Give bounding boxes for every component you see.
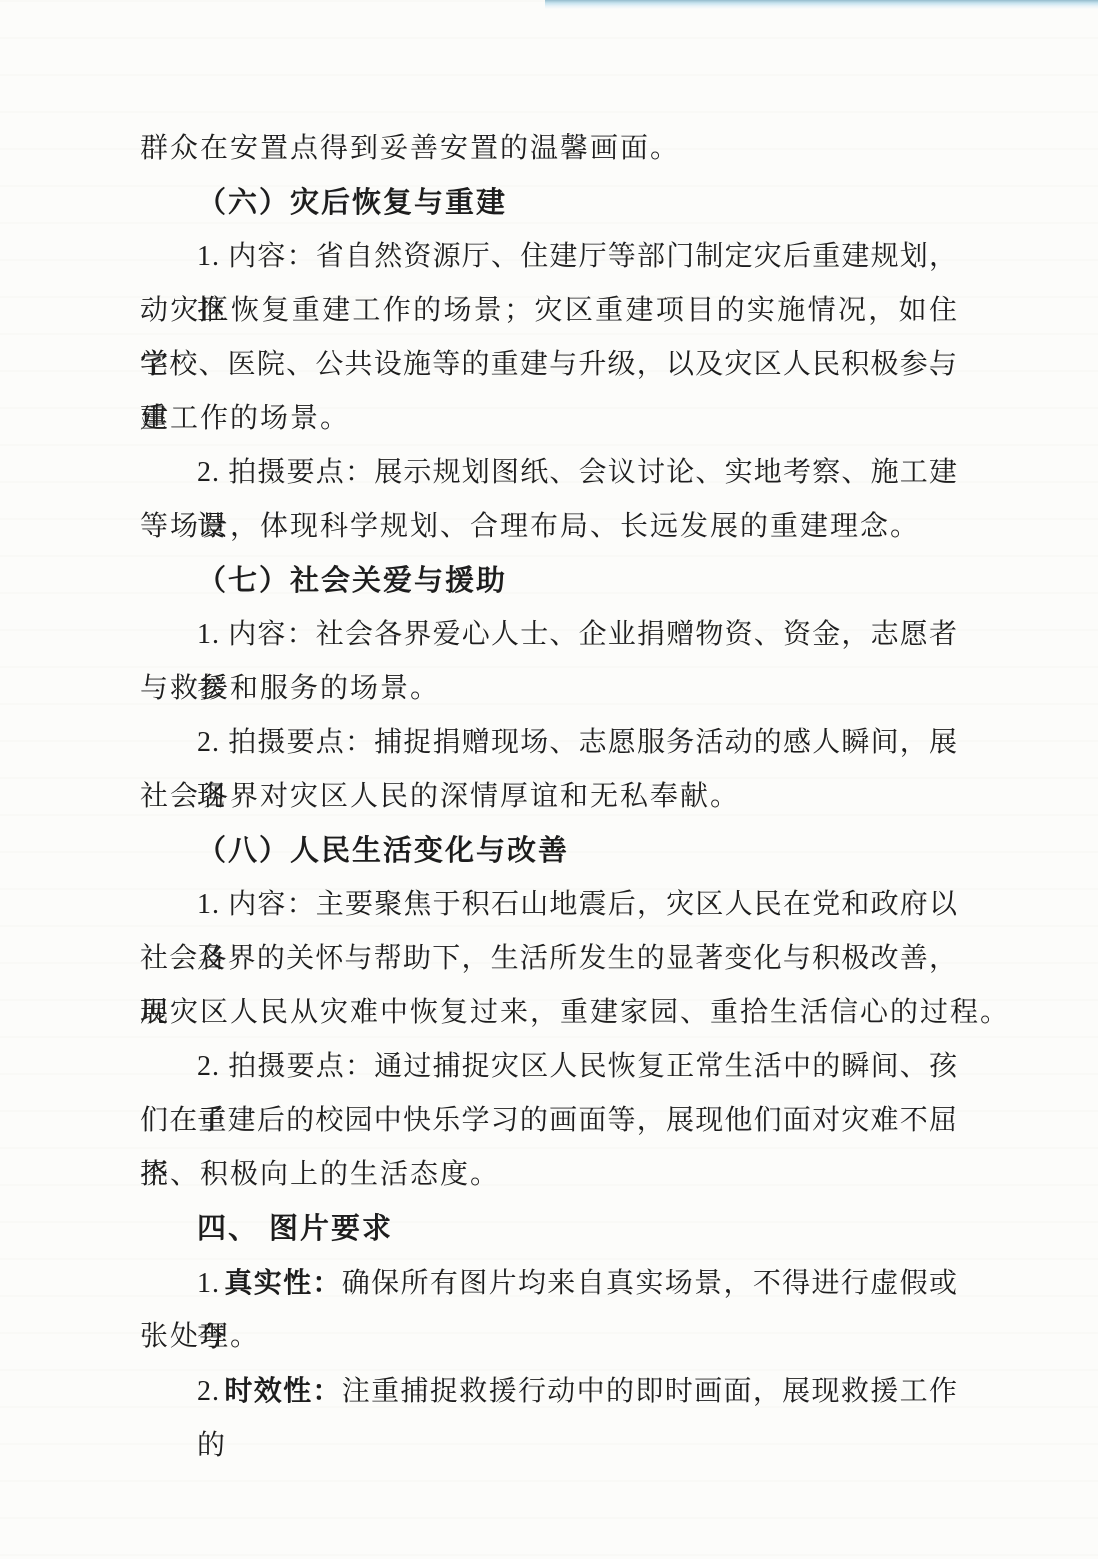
section-heading-7: （七）社会关爱与援助: [140, 554, 958, 608]
doc-line: 现灾区人民从灾难中恢复过来，重建家园、重拾生活信心的过程。: [140, 986, 958, 1040]
section-heading-8: （八）人民生活变化与改善: [140, 824, 958, 878]
doc-line: 社会各界的关怀与帮助下，生活所发生的显著变化与积极改善，展: [140, 932, 958, 986]
doc-line: 动灾区恢复重建工作的场景；灾区重建项目的实施情况，如住宅、: [140, 284, 958, 338]
scanned-document-page: 群众在安置点得到妥善安置的温馨画面。 （六）灾后恢复与重建 1. 内容：省自然资…: [0, 0, 1098, 1559]
list-number: 1.: [197, 1268, 220, 1299]
bold-term: 时效性：: [224, 1375, 342, 1406]
chapter-heading-4: 四、 图片要求: [140, 1202, 958, 1256]
scan-artifact-strip: [545, 0, 1098, 9]
doc-line: 们在重建后的校园中快乐学习的画面等，展现他们面对灾难不屈不: [140, 1094, 958, 1148]
doc-line: 张处理。: [140, 1310, 958, 1364]
doc-line: 学校、医院、公共设施等的重建与升级，以及灾区人民积极参与重: [140, 338, 958, 392]
doc-line: 挠、积极向上的生活态度。: [140, 1148, 958, 1202]
doc-line: 与救援和服务的场景。: [140, 662, 958, 716]
doc-line: 等场景，体现科学规划、合理布局、长远发展的重建理念。: [140, 500, 958, 554]
section-heading-6: （六）灾后恢复与重建: [140, 176, 958, 230]
doc-line: 建工作的场景。: [140, 392, 958, 446]
doc-line: 1. 内容：主要聚焦于积石山地震后，灾区人民在党和政府以及: [140, 878, 958, 932]
doc-line: 2. 拍摄要点：通过捕捉灾区人民恢复正常生活中的瞬间、孩子: [140, 1040, 958, 1094]
doc-line: 2.时效性：注重捕捉救援行动中的即时画面，展现救援工作的: [140, 1364, 958, 1418]
doc-line: 2. 拍摄要点：展示规划图纸、会议讨论、实地考察、施工建设: [140, 446, 958, 500]
doc-line: 1. 内容：省自然资源厅、住建厅等部门制定灾后重建规划，推: [140, 230, 958, 284]
document-content: 群众在安置点得到妥善安置的温馨画面。 （六）灾后恢复与重建 1. 内容：省自然资…: [140, 122, 958, 1418]
bold-term: 真实性：: [224, 1267, 342, 1298]
doc-line: 社会各界对灾区人民的深情厚谊和无私奉献。: [140, 770, 958, 824]
doc-line: 1.真实性：确保所有图片均来自真实场景，不得进行虚假或夸: [140, 1256, 958, 1310]
doc-line: 1. 内容：社会各界爱心人士、企业捐赠物资、资金，志愿者参: [140, 608, 958, 662]
doc-line: 2. 拍摄要点：捕捉捐赠现场、志愿服务活动的感人瞬间，展现: [140, 716, 958, 770]
list-number: 2.: [197, 1376, 220, 1407]
doc-line: 群众在安置点得到妥善安置的温馨画面。: [140, 122, 958, 176]
